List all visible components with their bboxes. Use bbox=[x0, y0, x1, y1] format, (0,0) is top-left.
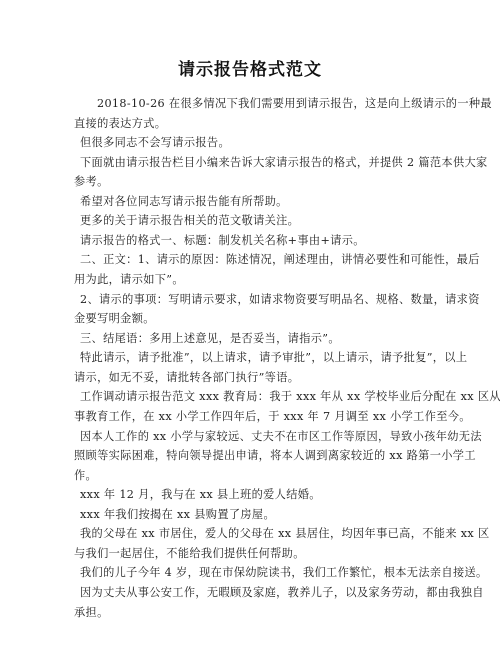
paragraph-line: 2、请示的事项：写明请示要求，如请求物资要写明品名、规格、数量，请求资 bbox=[80, 290, 480, 310]
paragraph-line: xxx 年我们按揭在 xx 县购置了房屋。 bbox=[80, 505, 275, 525]
paragraph-line: 因本人工作的 xx 小学与家较远、丈夫不在市区工作等原因，导致小孩年幼无法 bbox=[80, 427, 482, 447]
paragraph-line: 参考。 bbox=[74, 172, 109, 192]
paragraph-line: 二、正文：1、请示的原因：陈述情况，阐述理由，讲情必要性和可能性，最后 bbox=[80, 250, 480, 270]
paragraph-line: 照顾等实际困难，特向领导提出申请，将本人调到离家较近的 xx 路第一小学工 bbox=[74, 446, 476, 466]
paragraph-line: 希望对各位同志写请示报告能有所帮助。 bbox=[80, 192, 288, 212]
paragraph-line: 与我们一起居住，不能给我们提供任何帮助。 bbox=[74, 544, 305, 564]
paragraph-line: 下面就由请示报告栏目小编来告诉大家请示报告的格式，并提供 2 篇范本供大家 bbox=[80, 153, 488, 173]
paragraph-line: 直接的表达方式。 bbox=[74, 114, 166, 134]
paragraph-line: 三、结尾语：多用上述意见，是否妥当，请指示”。 bbox=[80, 329, 340, 349]
paragraph-line: 承担。 bbox=[74, 603, 109, 623]
paragraph-line: 作。 bbox=[74, 466, 97, 486]
paragraph-line: 我们的儿子今年 4 岁，现在市保幼院读书，我们工作繁忙，根本无法亲自接送。 bbox=[80, 563, 488, 583]
paragraph-line: 金要写明金额。 bbox=[74, 309, 155, 329]
paragraph-line: 工作调动请示报告范文 xxx 教育局：我于 xxx 年从 xx 学校毕业后分配在… bbox=[80, 387, 500, 407]
paragraph-line: 用为此，请示如下”。 bbox=[74, 270, 184, 290]
paragraph-line: 特此请示，请予批准”，以上请求，请予审批”，以上请示，请予批复”，以上 bbox=[80, 348, 467, 368]
paragraph-line: xxx 年 12 月，我与在 xx 县上班的爱人结婚。 bbox=[80, 485, 321, 505]
paragraph-line: 因为丈夫从事公安工作，无暇顾及家庭，教养儿子，以及家务劳动，都由我独自 bbox=[80, 583, 484, 603]
paragraph-line: 请示，如无不妥，请批转各部门执行”等语。 bbox=[74, 368, 299, 388]
document-title: 请示报告格式范文 bbox=[0, 58, 500, 82]
paragraph-line: 更多的关于请示报告相关的范文敬请关注。 bbox=[80, 211, 299, 231]
paragraph-line: 事教育工作，在 xx 小学工作四年后，于 xxx 年 7 月调至 xx 小学工作… bbox=[74, 407, 471, 427]
paragraph-line: 但很多同志不会写请示报告。 bbox=[80, 133, 230, 153]
document-page: 请示报告格式范文 2018-10-26 在很多情况下我们需要用到请示报告，这是向… bbox=[0, 0, 500, 647]
paragraph-line: 请示报告的格式一、标题：制发机关名称+事由+请示。 bbox=[80, 231, 365, 251]
paragraph-line: 2018-10-26 在很多情况下我们需要用到请示报告，这是向上级请示的一种最 bbox=[97, 94, 492, 114]
paragraph-line: 我的父母在 xx 市居住，爱人的父母在 xx 县居住，均因年事已高，不能来 xx… bbox=[80, 524, 490, 544]
